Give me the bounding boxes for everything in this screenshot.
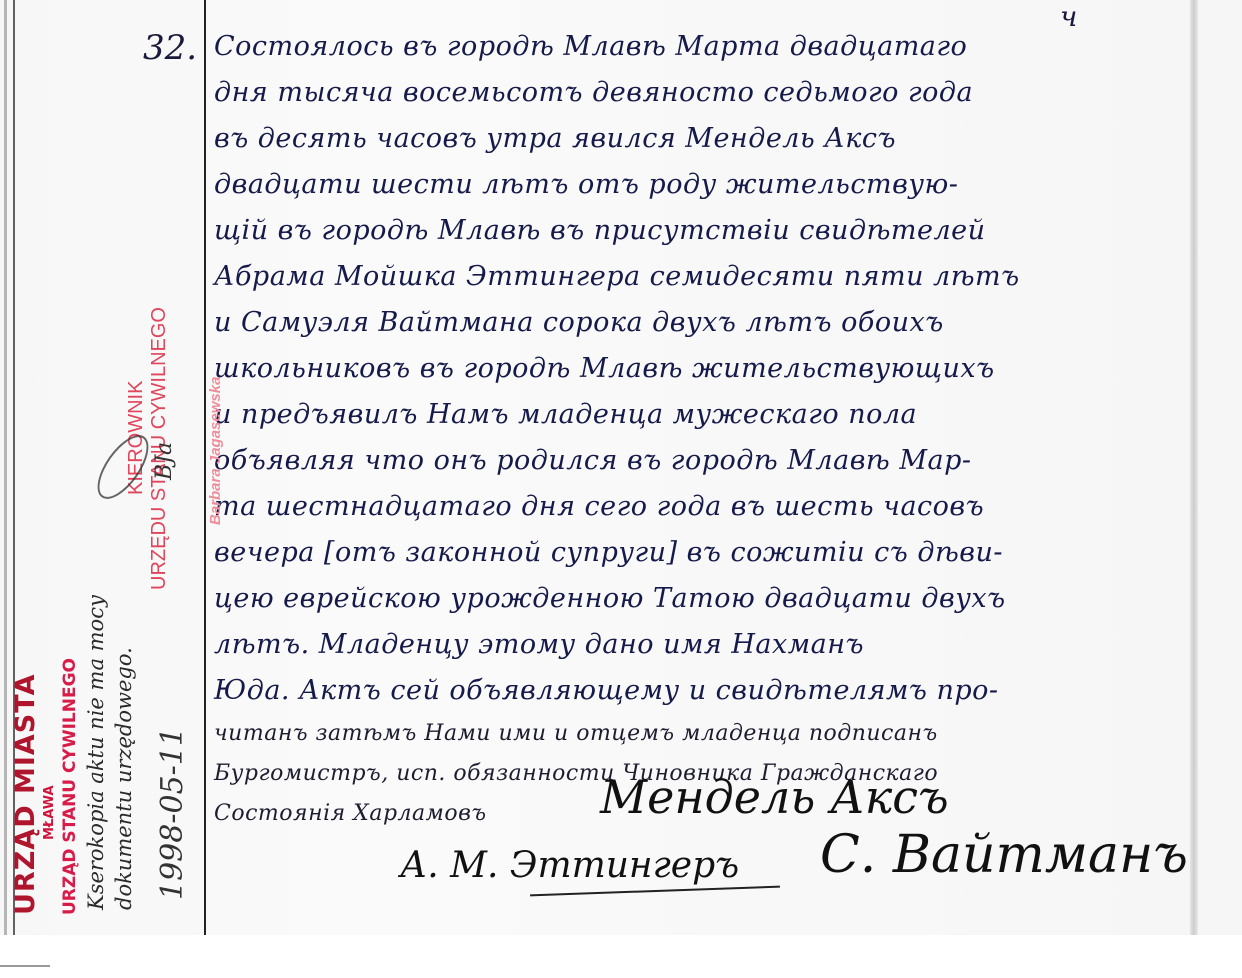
record-line: дня тысяча восемьсотъ девяносто седьмого… <box>214 70 1174 116</box>
record-line: цею еврейскою урожденною Татою двадцати … <box>214 576 1174 622</box>
record-line: читанъ затѣмъ Нами ими и отцемъ младенца… <box>214 714 1174 754</box>
record-line: въ десять часовъ утра явился Мендель Акс… <box>214 116 1174 162</box>
page-edge-left <box>4 0 7 940</box>
office-stamp-line-3: URZĄD STANU CYWILNEGO <box>60 658 80 915</box>
record-line: Состоялось въ городѣ Млавѣ Марта двадцат… <box>214 24 1174 70</box>
record-line: и предъявилъ Намъ младенца мужескаго пол… <box>214 392 1174 438</box>
record-line: двадцати шести лѣтъ отъ роду жительствую… <box>214 162 1174 208</box>
record-line: и Самуэля Вайтмана сорока двухъ лѣтъ обо… <box>214 300 1174 346</box>
record-line: та шестнадцатаго дня сего года въ шесть … <box>214 484 1174 530</box>
act-number: 32. <box>143 28 197 68</box>
signature-flourish <box>530 886 780 897</box>
scan-bottom-rule <box>0 965 50 967</box>
record-line: Юда. Актъ сей объявляющему и свидѣтелямъ… <box>214 668 1174 714</box>
record-body: Состоялось въ городѣ Млавѣ Марта двадцат… <box>214 24 1174 834</box>
copy-note-line-2: dokumentu urzędowego. <box>112 647 136 910</box>
scan-bottom-margin <box>0 935 1242 978</box>
page-edge-right <box>1190 0 1198 940</box>
record-line: объявляя что онъ родился въ городѣ Млавѣ… <box>214 438 1174 484</box>
signatures-block: Мендель Аксъ С. Вайтманъ А. М. Эттингеръ <box>390 770 1190 920</box>
father-signature: Мендель Аксъ <box>600 770 949 824</box>
witness-signature-1: А. М. Эттингеръ <box>400 845 739 886</box>
record-line: Абрама Мойшка Эттингера семидесяти пяти … <box>214 254 1174 300</box>
record-line: школьниковъ въ городѣ Млавѣ жительствующ… <box>214 346 1174 392</box>
margin-rule-main <box>204 0 206 940</box>
head-initials: BJa <box>152 442 177 480</box>
record-line: вечера [отъ законной супруги] въ сожитіи… <box>214 530 1174 576</box>
office-stamp-line-1: URZĄD MIASTA <box>10 674 41 915</box>
document-scan: ч 32. Состоялось въ городѣ Млавѣ Марта д… <box>0 0 1242 978</box>
head-stamp-name: Barbara Jagasewska <box>207 377 224 525</box>
record-line: лѣтъ. Младенцу этому дано имя Нахманъ <box>214 622 1174 668</box>
witness-signature-2: С. Вайтманъ <box>820 825 1188 885</box>
record-line: щій въ городѣ Млавѣ въ присутствіи свидѣ… <box>214 208 1174 254</box>
copy-note-line-1: Kserokopia aktu nie ma mocy <box>84 595 108 910</box>
office-stamp-line-2: MŁAWA <box>42 785 57 840</box>
copy-date: 1998-05-11 <box>155 727 190 900</box>
